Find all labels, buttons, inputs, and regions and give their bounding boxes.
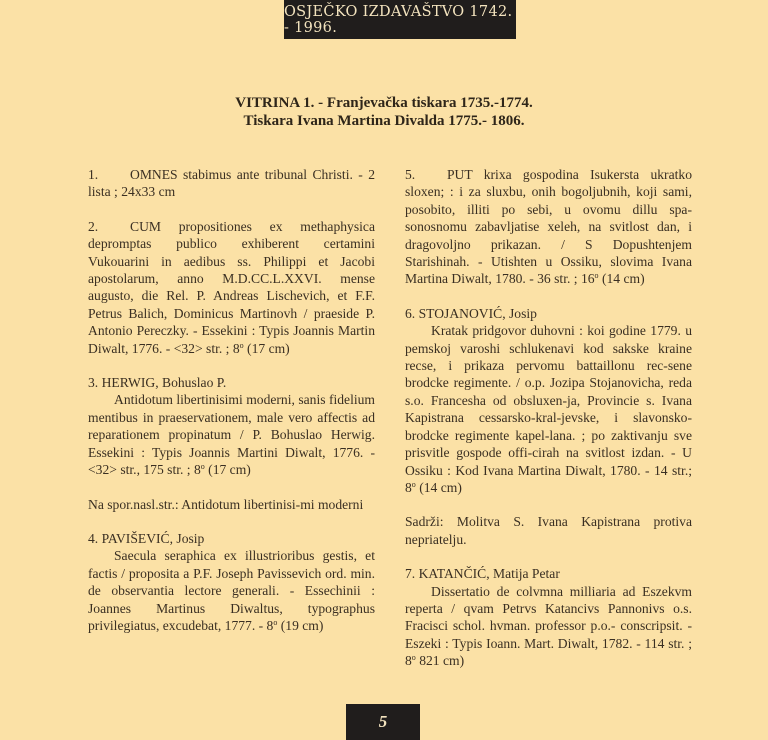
page-number-text: 5 [379,712,388,732]
catalog-entry-5: 5.PUT krixa gospodina Isukersta ukratko … [405,166,692,288]
entry-text: PUT krixa gospodina Isukersta ukratko sl… [405,167,692,286]
entry-text: Kratak pridgovor duhovni : koi godine 17… [405,322,692,496]
entry-note: Sadrži: Molitva S. Ivana Kapistrana prot… [405,513,692,548]
entry-text: CUM propositiones ex methaphysica deprom… [88,219,375,356]
section-title-line-1: VITRINA 1. - Franjevačka tiskara 1735.-1… [0,94,768,112]
entry-number: 4. [88,531,98,546]
section-title-line-2: Tiskara Ivana Martina Divalda 1775.- 180… [0,112,768,130]
right-column: 5.PUT krixa gospodina Isukersta ukratko … [405,166,692,687]
catalog-entry-2: 2.CUM propositiones ex methaphysica depr… [88,218,375,357]
catalog-entry-1: 1.OMNES stabimus ante tribunal Christi. … [88,166,375,201]
page-number: 5 [346,704,420,740]
entry-number: 2. [88,218,130,235]
entry-number: 1. [88,166,130,183]
catalog-entry-7: 7. KATANČIĆ, Matija Petar Dissertatio de… [405,565,692,669]
entry-text: Saecula seraphica ex illustrioribus gest… [88,547,375,634]
entry-author: STOJANOVIĆ, Josip [419,306,537,321]
entry-note: Na spor.nasl.str.: Antidotum libertinisi… [88,496,375,513]
entry-number: 7. [405,566,415,581]
running-header-title: OSJEČKO IZDAVAŠTVO 1742. - 1996. [284,4,516,36]
entry-author: KATANČIĆ, Matija Petar [419,566,560,581]
entry-author: PAVIŠEVIĆ, Josip [102,531,205,546]
entry-number: 3. [88,375,98,390]
entry-text: Dissertatio de colvmna milliaria ad Esze… [405,583,692,670]
entry-text: OMNES stabimus ante tribunal Christi. - … [88,167,375,199]
running-header: OSJEČKO IZDAVAŠTVO 1742. - 1996. [284,0,516,39]
catalog-entry-6: 6. STOJANOVIĆ, Josip Kratak pridgovor du… [405,305,692,548]
catalog-entry-4: 4. PAVIŠEVIĆ, Josip Saecula seraphica ex… [88,530,375,634]
entry-number: 6. [405,306,415,321]
left-column: 1.OMNES stabimus ante tribunal Christi. … [88,166,375,651]
catalog-entry-3: 3. HERWIG, Bohuslao P. Antidotum liberti… [88,374,375,513]
entry-text: Antidotum libertinisimi moderni, sanis f… [88,391,375,478]
section-title: VITRINA 1. - Franjevačka tiskara 1735.-1… [0,94,768,130]
entry-number: 5. [405,166,447,183]
entry-author: HERWIG, Bohuslao P. [102,375,227,390]
